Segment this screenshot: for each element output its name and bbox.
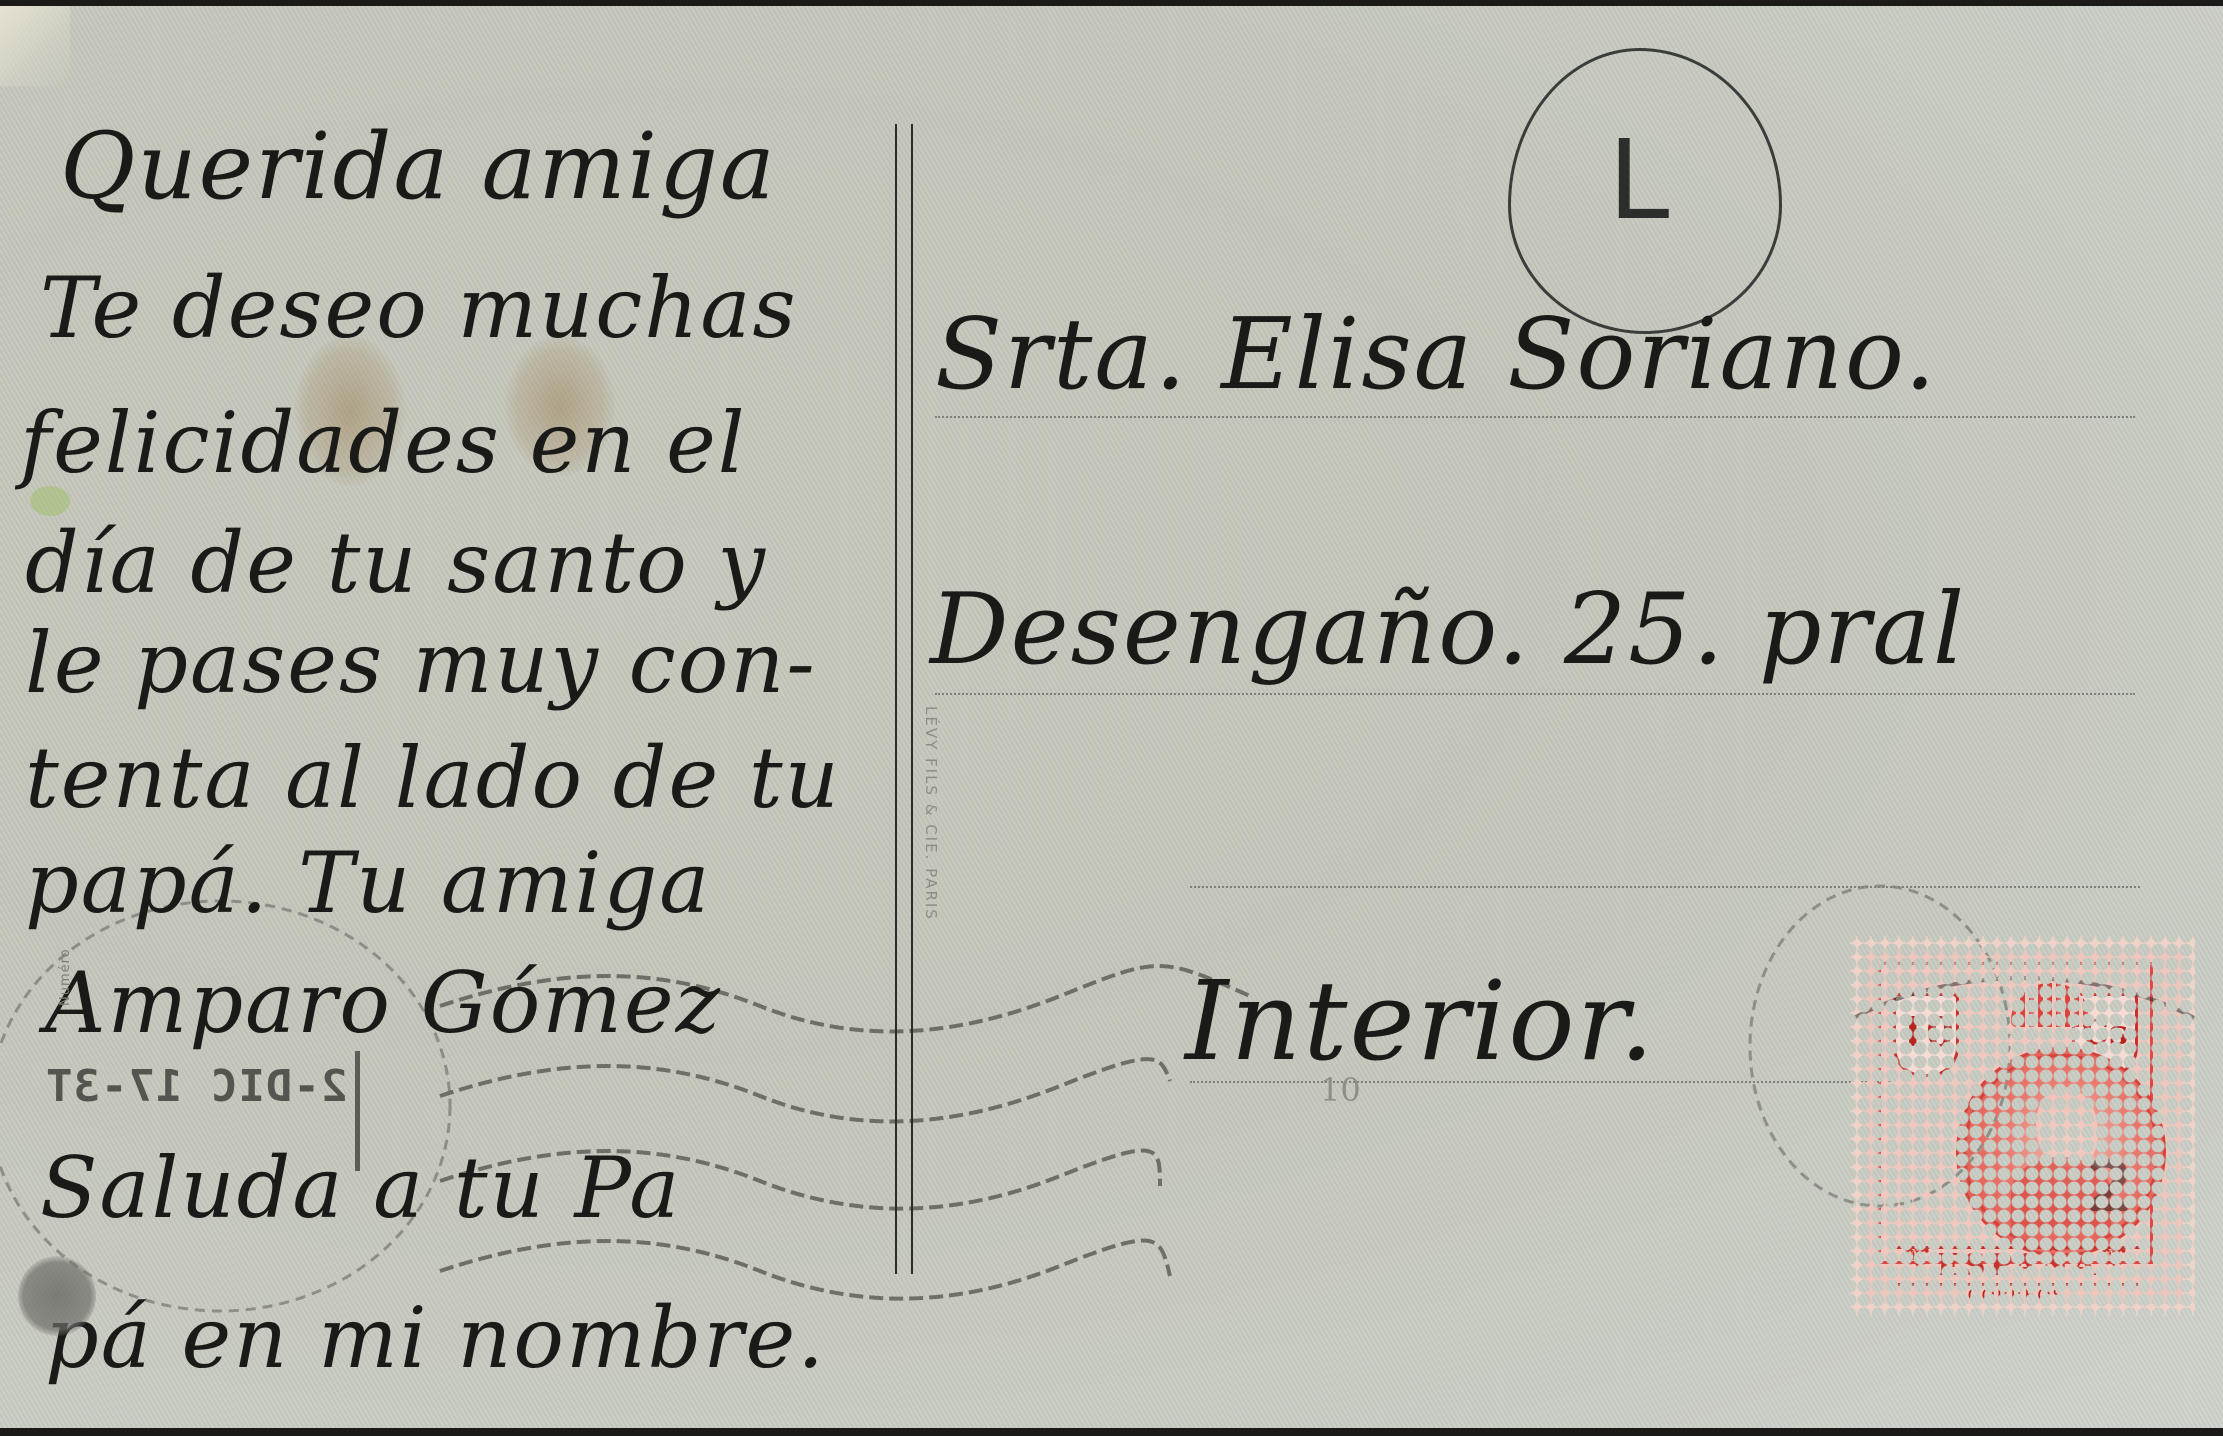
postage-stamp: 10 Cs ⚜ ⚜ ESPAÑA CORREOS 2 (1850, 936, 2195, 1316)
message-line: día de tu santo y (25, 521, 767, 605)
message-line: tenta al lado de tu (25, 736, 841, 820)
message-line: le pases muy con- (25, 621, 817, 705)
message-line: Saluda a tu Pa (40, 1146, 681, 1230)
postmark-bar (355, 1051, 360, 1171)
recipient-street: Desengaño. 25. pral (930, 581, 1966, 679)
recipient-destination: Interior. (1185, 966, 1656, 1076)
message-line: felicidades en el (20, 401, 747, 485)
message-line: Querida amiga (60, 121, 777, 213)
address-rule (935, 693, 2135, 695)
recipient-name: Srta. Elisa Soriano. (935, 306, 1938, 404)
edge-imprint: Numéro (58, 948, 73, 1006)
address-rule (935, 416, 2135, 418)
signature: Amparo Gómez (45, 961, 722, 1045)
printer-imprint: LÉVY FILS & CIE. PARIS (922, 706, 940, 921)
message-line: pá en mi nombre. (45, 1296, 826, 1380)
message-line: papá. Tu amiga (25, 841, 711, 925)
ink-blot (18, 1256, 96, 1336)
postmark-digit: 10 (1320, 1071, 1361, 1109)
divider-line (911, 124, 913, 1274)
divider-line (895, 124, 897, 1274)
postmark-date: 2-DIC 17-3T (45, 1061, 347, 1112)
message-line: Te deseo muchas (40, 266, 798, 350)
postcard-back: Querida amiga Te deseo muchas felicidade… (0, 6, 2223, 1428)
address-rule (1190, 886, 2140, 888)
cancel-digit: 2 (2085, 1146, 2134, 1228)
circled-letter: L (1608, 116, 1669, 244)
